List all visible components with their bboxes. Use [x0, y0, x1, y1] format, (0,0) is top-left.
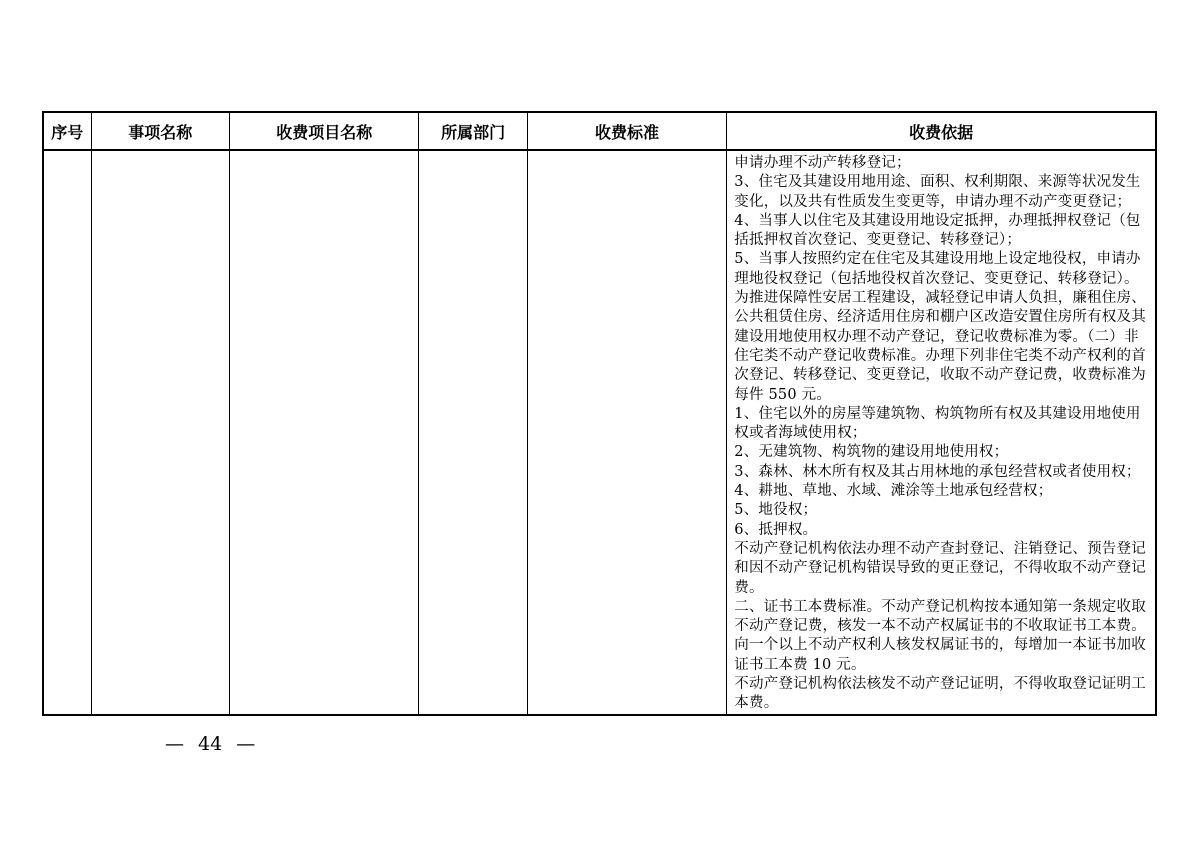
fee-basis-line: 二、证书工本费标准。不动产登记机构按本通知第一条规定收取	[734, 598, 1150, 617]
col-header-department: 所属部门	[419, 112, 527, 150]
fee-basis-line: 不动产登记机构依法办理不动产查封登记、注销登记、预告登记	[734, 540, 1150, 559]
cell-fee-standard	[527, 150, 727, 715]
cell-department	[419, 150, 527, 715]
fee-basis-line: 公共租赁住房、经济适用住房和棚户区改造安置住房所有权及其	[734, 308, 1150, 327]
col-header-seq: 序号	[43, 112, 91, 150]
fee-basis-line: 次登记、转移登记、变更登记，收取不动产登记费，收费标准为	[734, 366, 1150, 385]
fee-basis-line: 5、当事人按照约定在住宅及其建设用地上设定地役权，申请办	[734, 250, 1150, 269]
cell-fee-basis: 申请办理不动产转移登记；3、住宅及其建设用地用途、面积、权利期限、来源等状况发生…	[727, 150, 1156, 715]
col-header-fee-standard: 收费标准	[527, 112, 727, 150]
fee-basis-line: 2、无建筑物、构筑物的建设用地使用权；	[734, 443, 1150, 462]
fee-basis-line: 变化，以及共有性质发生变更等，申请办理不动产变更登记；	[734, 193, 1150, 212]
fee-basis-line: 申请办理不动产转移登记；	[734, 154, 1150, 173]
fee-basis-line: 3、住宅及其建设用地用途、面积、权利期限、来源等状况发生	[734, 173, 1150, 192]
fee-basis-line: 括抵押权首次登记、变更登记、转移登记）；	[734, 231, 1150, 250]
fee-basis-line: 4、耕地、草地、水域、滩涂等土地承包经营权；	[734, 482, 1150, 501]
fee-basis-line: 费。	[734, 579, 1150, 598]
fee-schedule-table: 序号 事项名称 收费项目名称 所属部门 收费标准 收费依据 申请办理不动产转移登…	[42, 111, 1157, 716]
cell-seq	[43, 150, 91, 715]
fee-basis-line: 为推进保障性安居工程建设，减轻登记申请人负担，廉租住房、	[734, 289, 1150, 308]
fee-basis-line: 每件 550 元。	[734, 386, 1150, 405]
fee-basis-line: 建设用地使用权办理不动产登记，登记收费标准为零。（二）非	[734, 328, 1150, 347]
fee-basis-line: 5、地役权；	[734, 501, 1150, 520]
fee-basis-line: 住宅类不动产登记收费标准。办理下列非住宅类不动产权利的首	[734, 347, 1150, 366]
table-row: 申请办理不动产转移登记；3、住宅及其建设用地用途、面积、权利期限、来源等状况发生…	[43, 150, 1156, 715]
fee-basis-line: 6、抵押权。	[734, 521, 1150, 540]
col-header-item-name: 事项名称	[91, 112, 229, 150]
fee-basis-line: 和因不动产登记机构错误导致的更正登记，不得收取不动产登记	[734, 559, 1150, 578]
fee-basis-line: 4、当事人以住宅及其建设用地设定抵押，办理抵押权登记（包	[734, 212, 1150, 231]
fee-basis-line: 不动产登记机构依法核发不动产登记证明，不得收取登记证明工	[734, 675, 1150, 694]
fee-basis-line: 3、森林、林木所有权及其占用林地的承包经营权或者使用权；	[734, 463, 1150, 482]
fee-basis-line: 权或者海域使用权；	[734, 424, 1150, 443]
cell-fee-item-name	[229, 150, 419, 715]
fee-basis-line: 不动产登记费，核发一本不动产权属证书的不收取证书工本费。	[734, 617, 1150, 636]
fee-basis-line: 理地役权登记（包括地役权首次登记、变更登记、转移登记）。	[734, 270, 1150, 289]
document-page: 序号 事项名称 收费项目名称 所属部门 收费标准 收费依据 申请办理不动产转移登…	[0, 0, 1200, 848]
col-header-fee-item-name: 收费项目名称	[229, 112, 419, 150]
page-number: — 44 —	[165, 733, 255, 755]
col-header-fee-basis: 收费依据	[727, 112, 1156, 150]
fee-basis-line: 证书工本费 10 元。	[734, 656, 1150, 675]
fee-basis-text: 申请办理不动产转移登记；3、住宅及其建设用地用途、面积、权利期限、来源等状况发生…	[727, 151, 1155, 714]
table-header-row: 序号 事项名称 收费项目名称 所属部门 收费标准 收费依据	[43, 112, 1156, 150]
fee-basis-line: 1、住宅以外的房屋等建筑物、构筑物所有权及其建设用地使用	[734, 405, 1150, 424]
cell-item-name	[91, 150, 229, 715]
fee-basis-line: 向一个以上不动产权利人核发权属证书的，每增加一本证书加收	[734, 636, 1150, 655]
fee-basis-line: 本费。	[734, 694, 1150, 713]
